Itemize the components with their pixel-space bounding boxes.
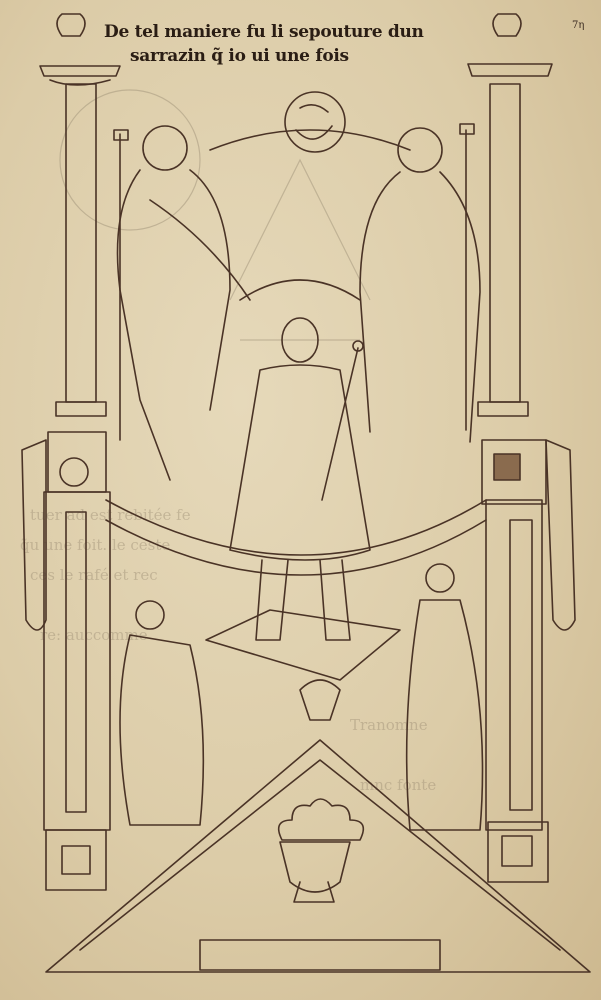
show-through-drawing [60,90,370,340]
svg-text:ces le rafé et rec: ces le rafé et rec [30,566,158,584]
chalice [279,799,364,902]
manuscript-page: De tel maniere fu li sepouture dun sarra… [0,0,601,1000]
right-column [468,14,575,882]
svg-text:q̃u une foit. le ceste: q̃u une foit. le ceste [20,536,170,554]
show-through-text: tuer ad est rebitée fe q̃u une foit. le … [20,506,436,794]
tomb-drawing: tuer ad est rebitée fe q̃u une foit. le … [0,0,601,1000]
gabled-base [46,680,590,972]
medallion [285,92,345,152]
medallion-square-fill [494,454,520,480]
enthroned-figure-with-scepter [230,318,370,640]
baldachin-drape [210,130,410,300]
left-giant-with-club [114,126,250,480]
svg-text:Tranomne: Tranomne [350,716,428,734]
left-column [22,14,120,890]
tomb-slab [206,610,400,680]
right-giant-with-club [360,124,480,442]
